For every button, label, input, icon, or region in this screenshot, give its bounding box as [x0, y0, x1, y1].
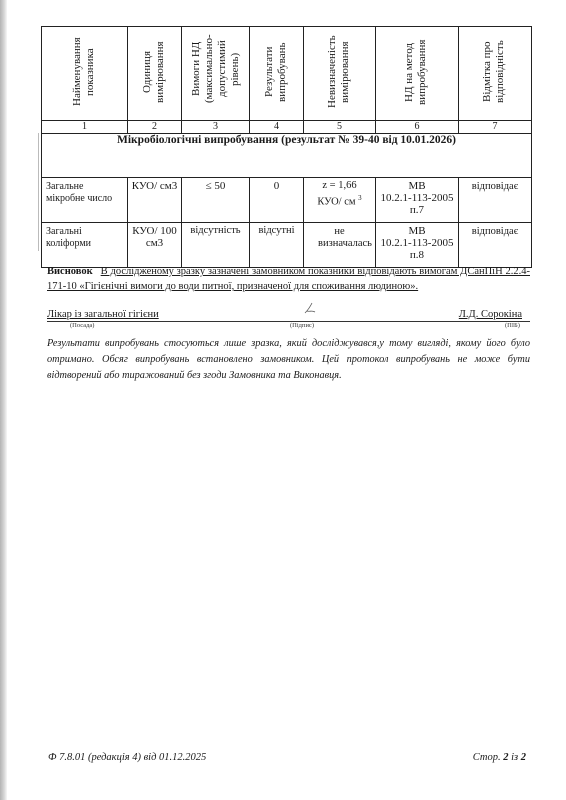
- conclusion: ВисновокВ дослідженому зразку зазначені …: [47, 264, 530, 294]
- header-cell: Невизначеність вимірювання: [304, 27, 376, 121]
- page-separator: із: [511, 752, 518, 763]
- signer-position: Лікар із загальної гігієни: [47, 309, 159, 320]
- cell-requirement: ≤ 50: [182, 178, 250, 223]
- header-cell: Результати випробувань: [250, 27, 304, 121]
- column-number: 1: [42, 121, 128, 134]
- disclaimer-note: Результати випробувань стосуються лише з…: [47, 336, 530, 384]
- method-line: п.8: [376, 249, 458, 261]
- header-unit: Одиниця вимірювання: [141, 27, 169, 117]
- header-cell: Відмітка про відповідність: [459, 27, 532, 121]
- method-line: 10.2.1-113-2005: [376, 237, 458, 249]
- uncertainty-unit-line: КУО/ см 3: [304, 192, 375, 209]
- column-number: 6: [376, 121, 459, 134]
- form-reference: Ф 7.8.01 (редакція 4) від 01.12.2025: [48, 752, 206, 763]
- header-cell: Одиниця вимірювання: [128, 27, 182, 121]
- results-table: Найменування показника Одиниця вимірюван…: [41, 26, 532, 268]
- header-conformity: Відмітка про відповідність: [481, 27, 509, 117]
- cell-conformity: відповідає: [459, 178, 532, 223]
- uncertainty-unit-exponent: 3: [358, 194, 362, 202]
- column-number: 5: [304, 121, 376, 134]
- column-number: 4: [250, 121, 304, 134]
- section-title: Мікробіологічні випробування (результат …: [42, 134, 532, 178]
- method-line: МВ: [376, 180, 458, 192]
- caption-position: (Посада): [70, 322, 94, 329]
- method-line: п.7: [376, 204, 458, 216]
- cell-result: відсутні: [250, 223, 304, 268]
- cell-uncertainty: z = 1,66 КУО/ см 3: [304, 178, 376, 223]
- header-cell: НД на метод випробування: [376, 27, 459, 121]
- caption-name: (ПІБ): [505, 322, 520, 329]
- signature-line: Лікар із загальної гігієни Л.Д. Сорокіна: [47, 307, 530, 322]
- signer-name: Л.Д. Сорокіна: [459, 309, 522, 320]
- scan-edge-shadow: [0, 0, 7, 800]
- conclusion-text: В дослідженому зразку зазначені замовник…: [47, 266, 530, 292]
- handwritten-signature-icon: [303, 301, 317, 315]
- page-number: Стор. 2 із 2: [473, 752, 526, 763]
- caption-signature: (Підпис): [290, 322, 314, 329]
- column-number: 3: [182, 121, 250, 134]
- page-prefix: Стор.: [473, 752, 501, 763]
- table-row: Загальне мікробне число КУО/ см3 ≤ 50 0 …: [42, 178, 532, 223]
- cell-conformity: відповідає: [459, 223, 532, 268]
- column-number: 7: [459, 121, 532, 134]
- cell-indicator-name: Загальні коліформи: [42, 223, 128, 268]
- cell-method: МВ 10.2.1-113-2005 п.7: [376, 178, 459, 223]
- cell-uncertainty: не визначалась: [304, 223, 376, 268]
- cell-result: 0: [250, 178, 304, 223]
- header-uncertainty: Невизначеність вимірювання: [326, 27, 354, 117]
- header-result: Результати випробувань: [263, 27, 291, 117]
- scan-artifact-line: [38, 133, 39, 251]
- uncertainty-value: z = 1,66: [304, 180, 375, 192]
- conclusion-label: Висновок: [47, 266, 93, 277]
- header-indicator-name: Найменування показника: [71, 27, 99, 117]
- column-number: 2: [128, 121, 182, 134]
- page-current: 2: [503, 752, 508, 763]
- cell-indicator-name: Загальне мікробне число: [42, 178, 128, 223]
- cell-requirement: відсутність: [182, 223, 250, 268]
- column-number-row: 1 2 3 4 5 6 7: [42, 121, 532, 134]
- uncertainty-unit: КУО/ см: [317, 197, 355, 208]
- method-line: МВ: [376, 225, 458, 237]
- header-cell: Вимоги НД (максимально-допустимий рівень…: [182, 27, 250, 121]
- section-row: Мікробіологічні випробування (результат …: [42, 134, 532, 178]
- cell-unit: КУО/ 100 см3: [128, 223, 182, 268]
- method-line: 10.2.1-113-2005: [376, 192, 458, 204]
- table-row: Загальні коліформи КУО/ 100 см3 відсутні…: [42, 223, 532, 268]
- cell-unit: КУО/ см3: [128, 178, 182, 223]
- cell-method: МВ 10.2.1-113-2005 п.8: [376, 223, 459, 268]
- page-total: 2: [521, 752, 526, 763]
- header-cell: Найменування показника: [42, 27, 128, 121]
- header-requirement: Вимоги НД (максимально-допустимий рівень…: [190, 27, 242, 111]
- table-header-row: Найменування показника Одиниця вимірюван…: [42, 27, 532, 121]
- header-method: НД на метод випробування: [403, 27, 431, 117]
